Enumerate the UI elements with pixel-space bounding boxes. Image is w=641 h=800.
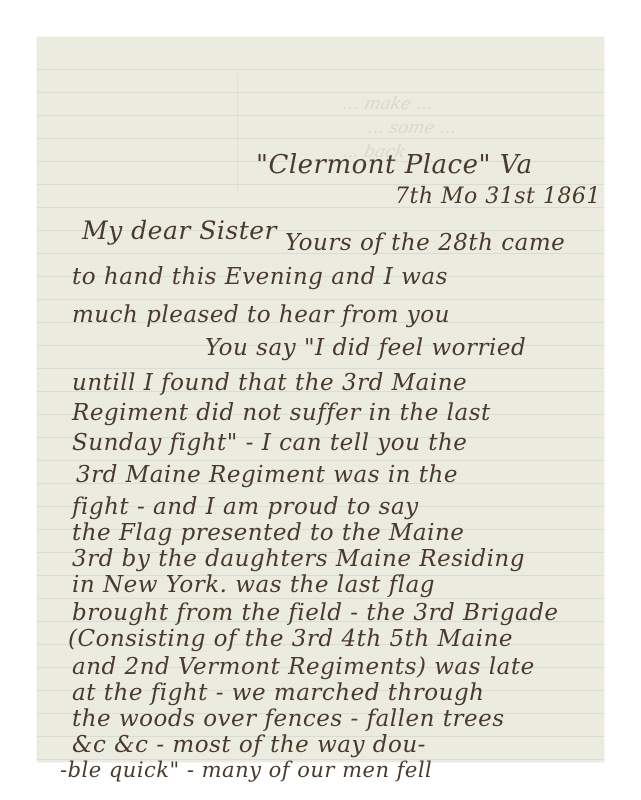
- letter-body-line: in New York. was the last flag: [72, 572, 435, 598]
- letter-heading-date: 7th Mo 31st 1861: [395, 184, 601, 209]
- letter-body-line: to hand this Evening and I was: [72, 264, 448, 290]
- letter-body-line: brought from the field - the 3rd Brigade: [72, 600, 559, 626]
- letter-salutation: My dear Sister: [82, 216, 277, 245]
- letter-body-line: You say "I did feel worried: [205, 335, 526, 361]
- letter-body-line: (Consisting of the 3rd 4th 5th Maine: [68, 626, 513, 652]
- letter-body-line: the Flag presented to the Maine: [72, 520, 464, 546]
- letter-body-line: Regiment did not suffer in the last: [72, 400, 491, 426]
- letter-body-line: much pleased to hear from you: [72, 302, 450, 328]
- letter-body-line: 3rd by the daughters Maine Residing: [72, 546, 525, 572]
- letter-heading-place: "Clermont Place" Va: [256, 150, 533, 180]
- letter-body-line: Yours of the 28th came: [285, 230, 565, 256]
- bleed-line: ... some ...: [365, 116, 640, 140]
- bleed-line: ... make ...: [340, 92, 641, 116]
- letter-body-line: untill I found that the 3rd Maine: [72, 370, 467, 396]
- letter-body-line: 3rd Maine Regiment was in the: [76, 462, 458, 488]
- letter-body-line: at the fight - we marched through: [72, 680, 485, 706]
- letter-body-line: and 2nd Vermont Regiments) was late: [72, 654, 535, 680]
- letter-body-line: &c &c - most of the way dou-: [72, 732, 426, 758]
- letter-body-line: fight - and I am proud to say: [72, 494, 419, 520]
- letter-body-line: the woods over fences - fallen trees: [72, 706, 505, 732]
- letter-body-line: -ble quick" - many of our men fell: [60, 758, 432, 782]
- letter-body-line: Sunday fight" - I can tell you the: [72, 430, 467, 456]
- paper-fold-crease: [237, 74, 238, 194]
